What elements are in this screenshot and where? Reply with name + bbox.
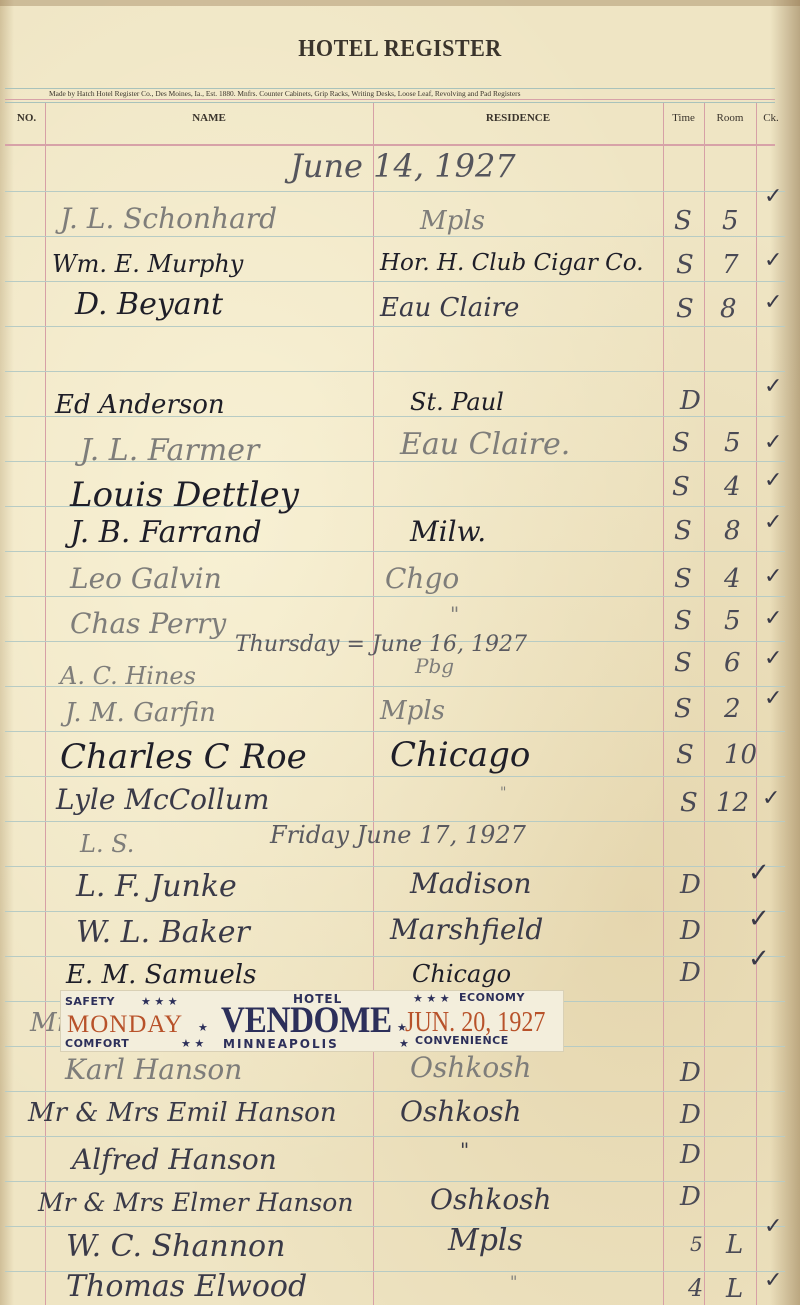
ruled-line (5, 551, 785, 552)
entry-residence: " (510, 1274, 517, 1290)
checkmark-icon: ✓ (764, 608, 782, 630)
entry-residence: St. Paul (410, 390, 504, 414)
entry-room: 6 (724, 650, 741, 676)
entry-time: S (674, 208, 692, 234)
ruled-line (5, 956, 785, 957)
entry-name: Wm. E. Murphy (52, 252, 243, 276)
entry-time: S (674, 650, 692, 676)
entry-time: S (676, 296, 694, 322)
entry-time: D (680, 1184, 701, 1210)
checkmark-icon: ✓ (764, 250, 782, 272)
entry-name: L. S. (80, 832, 134, 856)
checkmark-icon: ✓ (764, 512, 782, 534)
entry-name: Karl Hanson (65, 1056, 242, 1084)
col-header-name: NAME (45, 112, 373, 124)
date-heading-june-16: Thursday = June 16, 1927 (235, 634, 527, 656)
entry-residence: Mpls (420, 208, 485, 234)
entry-name: Mr & Mrs Elmer Hanson (38, 1190, 353, 1215)
col-divider-residence (663, 103, 664, 1305)
col-header-ck: Ck. (756, 112, 786, 124)
ruled-line (5, 371, 785, 372)
entry-time: S (674, 608, 692, 634)
entry-residence: Oshkosh (400, 1098, 522, 1126)
ruled-line (5, 1091, 785, 1092)
entry-time: S (676, 742, 694, 768)
col-divider-time (704, 103, 705, 1305)
entry-name: Thomas Elwood (66, 1272, 307, 1302)
entry-residence: Chicago (390, 738, 530, 772)
star-icon: ★ ★ ★ (413, 992, 450, 1005)
entry-name: D. Beyant (75, 290, 223, 320)
entry-residence: Mpls (448, 1226, 523, 1256)
entry-time: D (680, 872, 701, 898)
entry-time: S (672, 430, 690, 456)
entry-name: Louis Dettley (70, 478, 299, 512)
entry-residence: Oshkosh (410, 1054, 532, 1082)
entry-time: 5 (690, 1234, 703, 1254)
entry-room: 10 (724, 742, 757, 768)
header-bottom-rule (5, 144, 775, 146)
entry-name: Leo Galvin (70, 565, 222, 593)
col-header-time: Time (663, 112, 704, 124)
star-icon: ★ (198, 1021, 208, 1034)
checkmark-icon: ✓ (762, 788, 780, 810)
entry-time: D (680, 1102, 701, 1128)
entry-time: S (672, 474, 690, 500)
date-heading-june-17: Friday June 17, 1927 (270, 823, 526, 847)
entry-room: 5 (722, 208, 739, 234)
checkmark-icon: ✓ (764, 566, 782, 588)
entry-name: Mr & Mrs Emil Hanson (28, 1100, 337, 1126)
checkmark-icon: ✓ (764, 376, 782, 398)
ruled-line (5, 911, 785, 912)
entry-room: 4 (724, 474, 741, 500)
stamp-comfort: COMFORT (65, 1037, 129, 1050)
entry-room: 7 (722, 252, 739, 278)
entry-room: L (726, 1276, 743, 1302)
entry-residence: Oshkosh (430, 1186, 552, 1214)
entry-name: Ed Anderson (55, 392, 225, 418)
header-rule-blue-2 (5, 102, 775, 103)
entry-time: D (680, 1060, 701, 1086)
checkmark-icon: ✓ (764, 688, 782, 710)
col-header-room: Room (704, 112, 756, 124)
hotel-vendome-date-stamp: SAFETY ★ ★ ★ ECONOMY ★ ★ ★ MONDAY ★ HOTE… (60, 990, 564, 1052)
col-header-no: NO. (8, 112, 45, 124)
entry-name: J. M. Garfin (65, 700, 216, 726)
star-icon: ★ ★ ★ (141, 995, 178, 1008)
stamp-convenience: CONVENIENCE (415, 1034, 509, 1047)
maker-line: Made by Hatch Hotel Register Co., Des Mo… (49, 89, 520, 98)
ruled-line (5, 191, 785, 192)
entry-residence: " (500, 786, 506, 800)
col-divider-name (373, 103, 374, 1305)
entry-name: W. C. Shannon (66, 1232, 285, 1262)
entry-time: S (680, 790, 698, 816)
stamp-safety: SAFETY (65, 995, 115, 1008)
checkmark-icon: ✓ (764, 432, 782, 454)
entry-residence: " (460, 1140, 469, 1160)
entry-residence: Eau Claire. (400, 430, 570, 460)
entry-name: J. L. Farmer (80, 436, 259, 466)
checkmark-icon: ✓ (764, 470, 782, 492)
entry-room: 12 (716, 790, 749, 816)
entry-room: L (726, 1232, 743, 1258)
entry-time: D (680, 960, 701, 986)
entry-residence: " (450, 604, 459, 624)
stamp-economy: ECONOMY (459, 991, 525, 1004)
ruled-line (5, 1136, 785, 1137)
entry-name: J. B. Farrand (70, 518, 262, 548)
header-rule-red (5, 99, 775, 100)
entry-name: J. L. Schonhard (60, 205, 277, 233)
checkmark-icon: ✓ (748, 906, 770, 932)
page-top-edge (0, 0, 800, 6)
entry-residence: Eau Claire (380, 295, 519, 321)
checkmark-icon: ✓ (764, 1216, 782, 1238)
stamp-day: MONDAY (67, 1011, 183, 1039)
entry-residence: Pbg (415, 656, 454, 676)
ruled-line (5, 236, 785, 237)
entry-time: S (674, 566, 692, 592)
ruled-line (5, 281, 785, 282)
checkmark-icon: ✓ (764, 186, 782, 208)
entry-time: D (680, 388, 701, 414)
ruled-line (5, 731, 785, 732)
entry-room: 4 (724, 566, 741, 592)
entry-residence: Hor. H. Club Cigar Co. (380, 252, 644, 275)
ruled-line (5, 1226, 785, 1227)
checkmark-icon: ✓ (764, 292, 782, 314)
col-divider-room (756, 103, 757, 1305)
entry-room: 2 (724, 696, 741, 722)
entry-room: 5 (724, 430, 741, 456)
checkmark-icon: ✓ (748, 946, 770, 972)
col-header-residence: RESIDENCE (373, 112, 663, 124)
entry-name: Charles C Roe (60, 740, 307, 774)
entry-name: E. M. Samuels (66, 962, 256, 988)
entry-time: S (674, 696, 692, 722)
stamp-hotel-name: VENDOME (221, 999, 392, 1042)
ruled-line (5, 596, 785, 597)
entry-time: 4 (688, 1276, 703, 1300)
entry-name: Lyle McCollum (56, 786, 269, 814)
page-title: HOTEL REGISTER (32, 36, 768, 63)
checkmark-icon: ✓ (764, 648, 782, 670)
entry-time: S (676, 252, 694, 278)
entry-name: A. C. Hines (60, 664, 196, 688)
entry-residence: Milw. (410, 518, 486, 546)
entry-time: S (674, 518, 692, 544)
checkmark-icon: ✓ (748, 860, 770, 886)
entry-residence: Madison (410, 870, 532, 898)
ruled-line (5, 326, 785, 327)
star-icon: ★ (399, 1037, 409, 1050)
entry-room: 5 (724, 608, 741, 634)
entry-name: Chas Perry (70, 610, 226, 638)
entry-residence: Chgo (385, 565, 459, 593)
entry-residence: Mpls (380, 698, 445, 724)
stamp-city: MINNEAPOLIS (223, 1037, 339, 1051)
checkmark-icon: ✓ (764, 1270, 782, 1292)
ruled-line (5, 866, 785, 867)
star-icon: ★ ★ (181, 1037, 204, 1050)
entry-time: D (680, 1142, 701, 1168)
entry-time: D (680, 918, 701, 944)
entry-residence: Marshfield (390, 916, 543, 944)
entry-residence: Chicago (412, 962, 511, 986)
entry-room: 8 (720, 296, 737, 322)
date-heading-june-14: June 14, 1927 (290, 150, 516, 182)
entry-name: Alfred Hanson (72, 1146, 277, 1174)
entry-name: W. L. Baker (76, 918, 250, 948)
entry-name: L. F. Junke (76, 872, 237, 902)
ruled-line (5, 1181, 785, 1182)
entry-room: 8 (724, 518, 741, 544)
